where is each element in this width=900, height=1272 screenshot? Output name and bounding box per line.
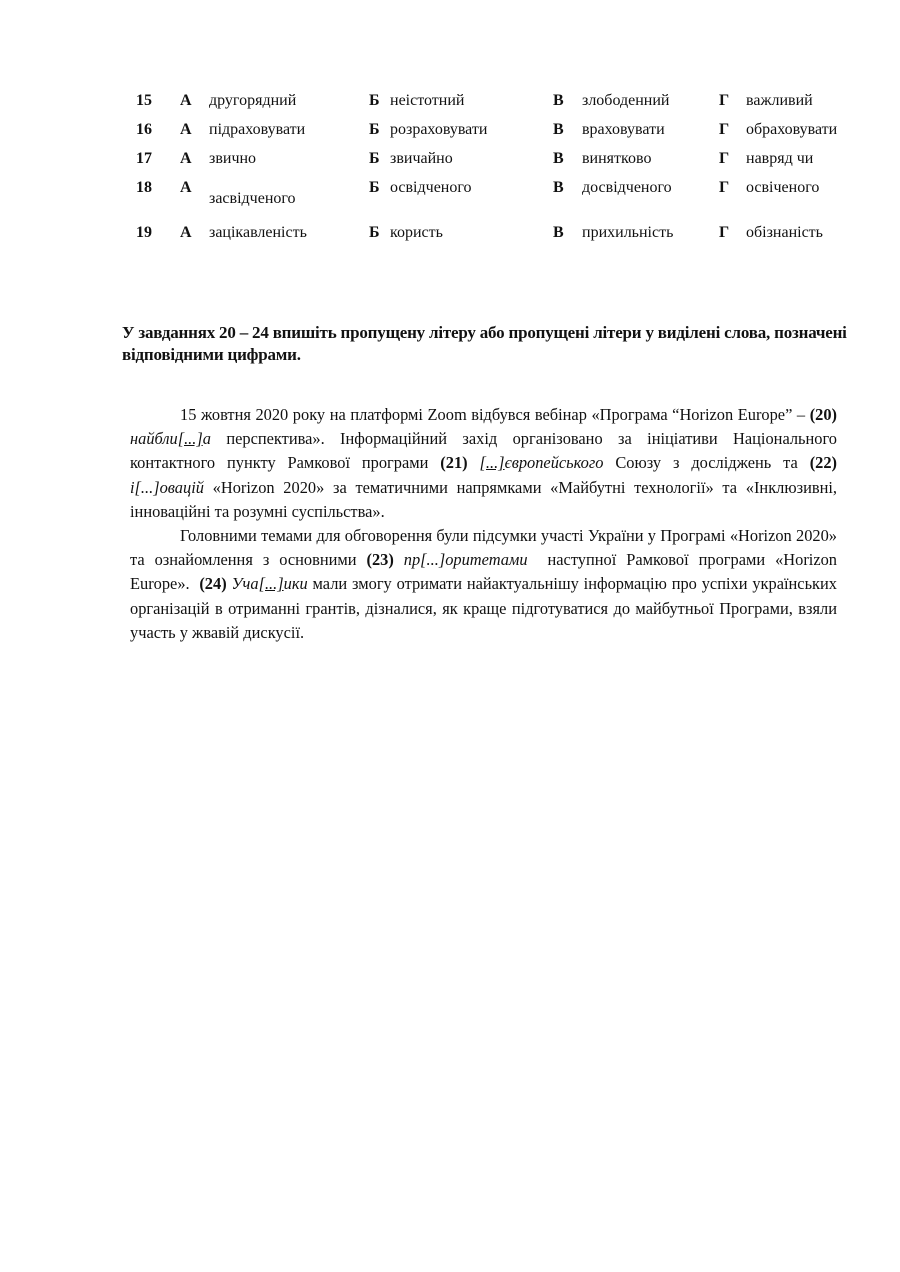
option-letter-v: В [553, 121, 564, 139]
gap-blank-21: [...] [480, 453, 505, 472]
passage-text: «Horizon 2020» за тематичними напрямками… [130, 478, 837, 521]
gap-word-part: Уча [232, 574, 259, 593]
option-letter-b: Б [369, 224, 380, 242]
option-row-18: 18 А засвідченого Б освідченого В досвід… [134, 175, 874, 220]
option-b: неістотний [390, 92, 464, 110]
option-b: звичайно [390, 150, 453, 168]
document-page: 15 А другорядний Б неістотний В злободен… [0, 0, 900, 1272]
option-a: зацікавленість [209, 224, 307, 242]
gap-word-part: найбли [130, 429, 178, 448]
option-v: злободенний [582, 92, 669, 110]
option-row-16: 16 А підраховувати Б розраховувати В вра… [134, 117, 874, 146]
option-letter-b: Б [369, 92, 380, 110]
option-letter-g: Г [719, 179, 729, 197]
option-a: засвідченого [209, 190, 296, 208]
gap-word-20: найбли[...]а [130, 429, 211, 448]
question-number: 15 [136, 92, 152, 110]
passage-text: Союзу з досліджень та [603, 453, 809, 472]
option-letter-a: А [180, 224, 192, 242]
option-row-19: 19 А зацікавленість Б користь В прихильн… [134, 220, 874, 249]
option-b: розраховувати [390, 121, 487, 139]
option-g: обраховувати [746, 121, 837, 139]
gap-number-21: (21) [440, 453, 467, 472]
option-letter-v: В [553, 150, 564, 168]
question-number: 18 [136, 179, 152, 197]
answer-options-table: 15 А другорядний Б неістотний В злободен… [134, 88, 874, 249]
gap-number-24: (24) [199, 574, 226, 593]
gap-word-part: ики [284, 574, 308, 593]
option-v: прихильність [582, 224, 673, 242]
option-v: враховувати [582, 121, 665, 139]
option-g: освіченого [746, 179, 819, 197]
passage-paragraph-1: 15 жовтня 2020 року на платформі Zoom ві… [130, 403, 837, 524]
option-a: підраховувати [209, 121, 305, 139]
option-g: обізнаність [746, 224, 823, 242]
question-number: 16 [136, 121, 152, 139]
option-letter-b: Б [369, 179, 380, 197]
option-letter-g: Г [719, 224, 729, 242]
option-letter-g: Г [719, 150, 729, 168]
task-instruction: У завданнях 20 – 24 впишіть пропущену лі… [122, 322, 862, 366]
option-v: винятково [582, 150, 651, 168]
option-row-15: 15 А другорядний Б неістотний В злободен… [134, 88, 874, 117]
option-b: користь [390, 224, 443, 242]
gap-blank-24: [...] [259, 574, 284, 593]
gap-number-22: (22) [810, 453, 837, 472]
option-letter-a: А [180, 150, 192, 168]
option-letter-v: В [553, 92, 564, 110]
gap-number-23: (23) [367, 550, 394, 569]
gap-word-23: пр[...]оритетами [404, 550, 528, 569]
option-g: важливий [746, 92, 813, 110]
option-row-17: 17 А звично Б звичайно В винятково Г нав… [134, 146, 874, 175]
option-letter-b: Б [369, 121, 380, 139]
gap-word-22: і[...]овацій [130, 478, 204, 497]
gap-word-24: Уча[...]ики [232, 574, 308, 593]
reading-passage: 15 жовтня 2020 року на платформі Zoom ві… [130, 403, 837, 645]
option-letter-a: А [180, 92, 192, 110]
question-number: 19 [136, 224, 152, 242]
option-letter-a: А [180, 179, 192, 197]
option-g: навряд чи [746, 150, 813, 168]
option-a: звично [209, 150, 256, 168]
passage-text: 15 жовтня 2020 року на платформі Zoom ві… [180, 405, 810, 424]
option-letter-b: Б [369, 150, 380, 168]
option-letter-g: Г [719, 92, 729, 110]
gap-word-part: європейського [505, 453, 604, 472]
option-v: досвідченого [582, 179, 672, 197]
gap-word-21: [...]європейського [480, 453, 604, 472]
option-a: другорядний [209, 92, 296, 110]
option-letter-v: В [553, 179, 564, 197]
gap-word-part: а [203, 429, 211, 448]
gap-blank-20: [...] [178, 429, 203, 448]
option-letter-g: Г [719, 121, 729, 139]
option-letter-a: А [180, 121, 192, 139]
option-b: освідченого [390, 179, 472, 197]
option-letter-v: В [553, 224, 564, 242]
gap-number-20: (20) [810, 405, 837, 424]
passage-paragraph-2: Головними темами для обговорення були пі… [130, 524, 837, 645]
question-number: 17 [136, 150, 152, 168]
